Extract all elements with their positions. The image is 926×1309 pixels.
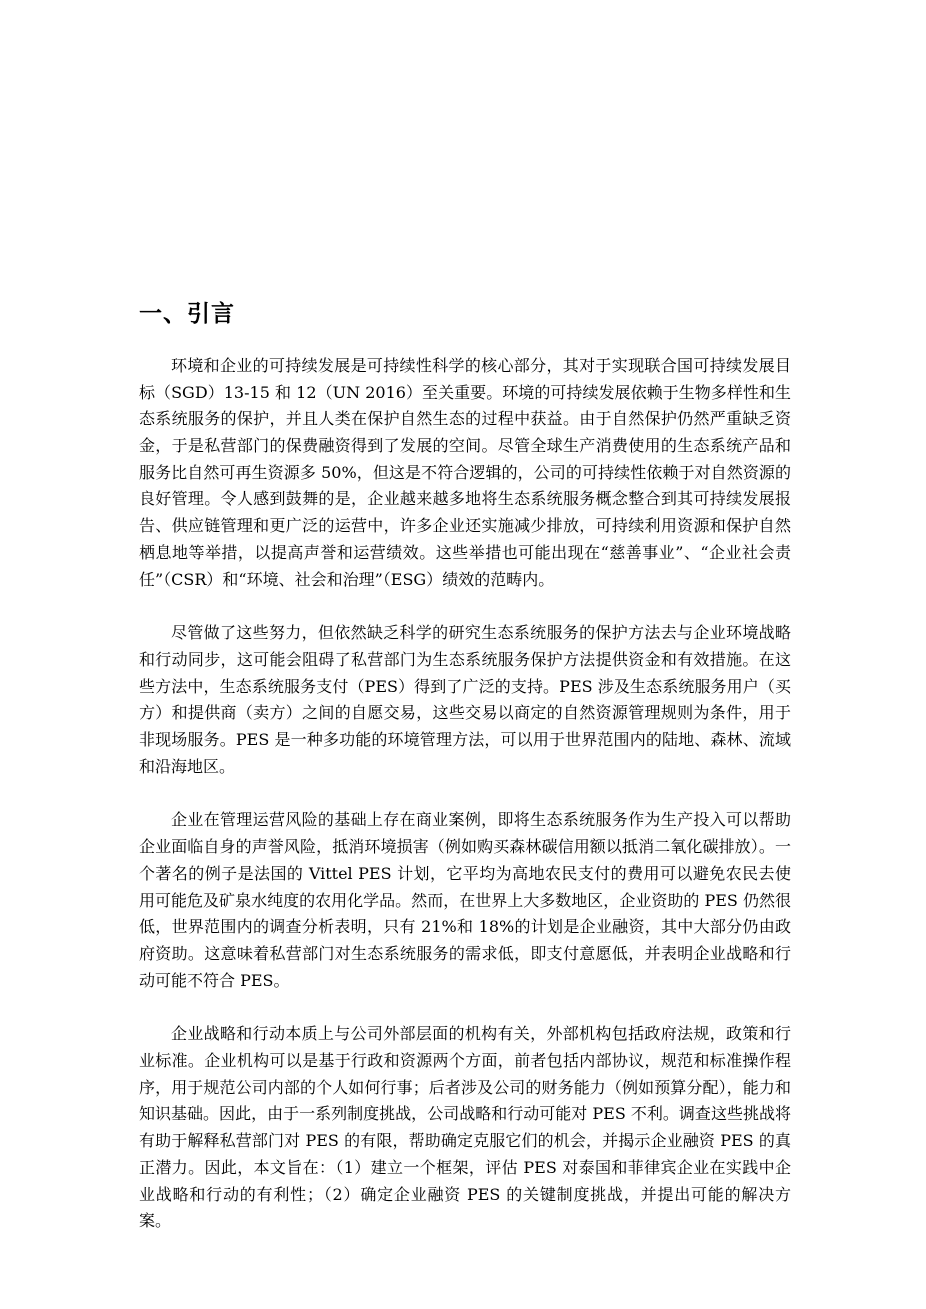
- paragraph-institutions-aims: 企业战略和行动本质上与公司外部层面的机构有关，外部机构包括政府法规，政策和行业标…: [139, 1021, 791, 1235]
- paragraph-business-case: 企业在管理运营风险的基础上存在商业案例，即将生态系统服务作为生产投入可以帮助企业…: [139, 807, 791, 994]
- text-block: 一、引言 环境和企业的可持续发展是可持续性科学的核心部分，其对于实现联合国可持续…: [139, 300, 791, 1235]
- document-page: 一、引言 环境和企业的可持续发展是可持续性科学的核心部分，其对于实现联合国可持续…: [0, 0, 926, 1309]
- section-heading: 一、引言: [139, 300, 791, 330]
- paragraph-pes-definition: 尽管做了这些努力，但依然缺乏科学的研究生态系统服务的保护方法去与企业环境战略和行…: [139, 620, 791, 780]
- paragraph-intro-sustainability: 环境和企业的可持续发展是可持续性科学的核心部分，其对于实现联合国可持续发展目标（…: [139, 353, 791, 593]
